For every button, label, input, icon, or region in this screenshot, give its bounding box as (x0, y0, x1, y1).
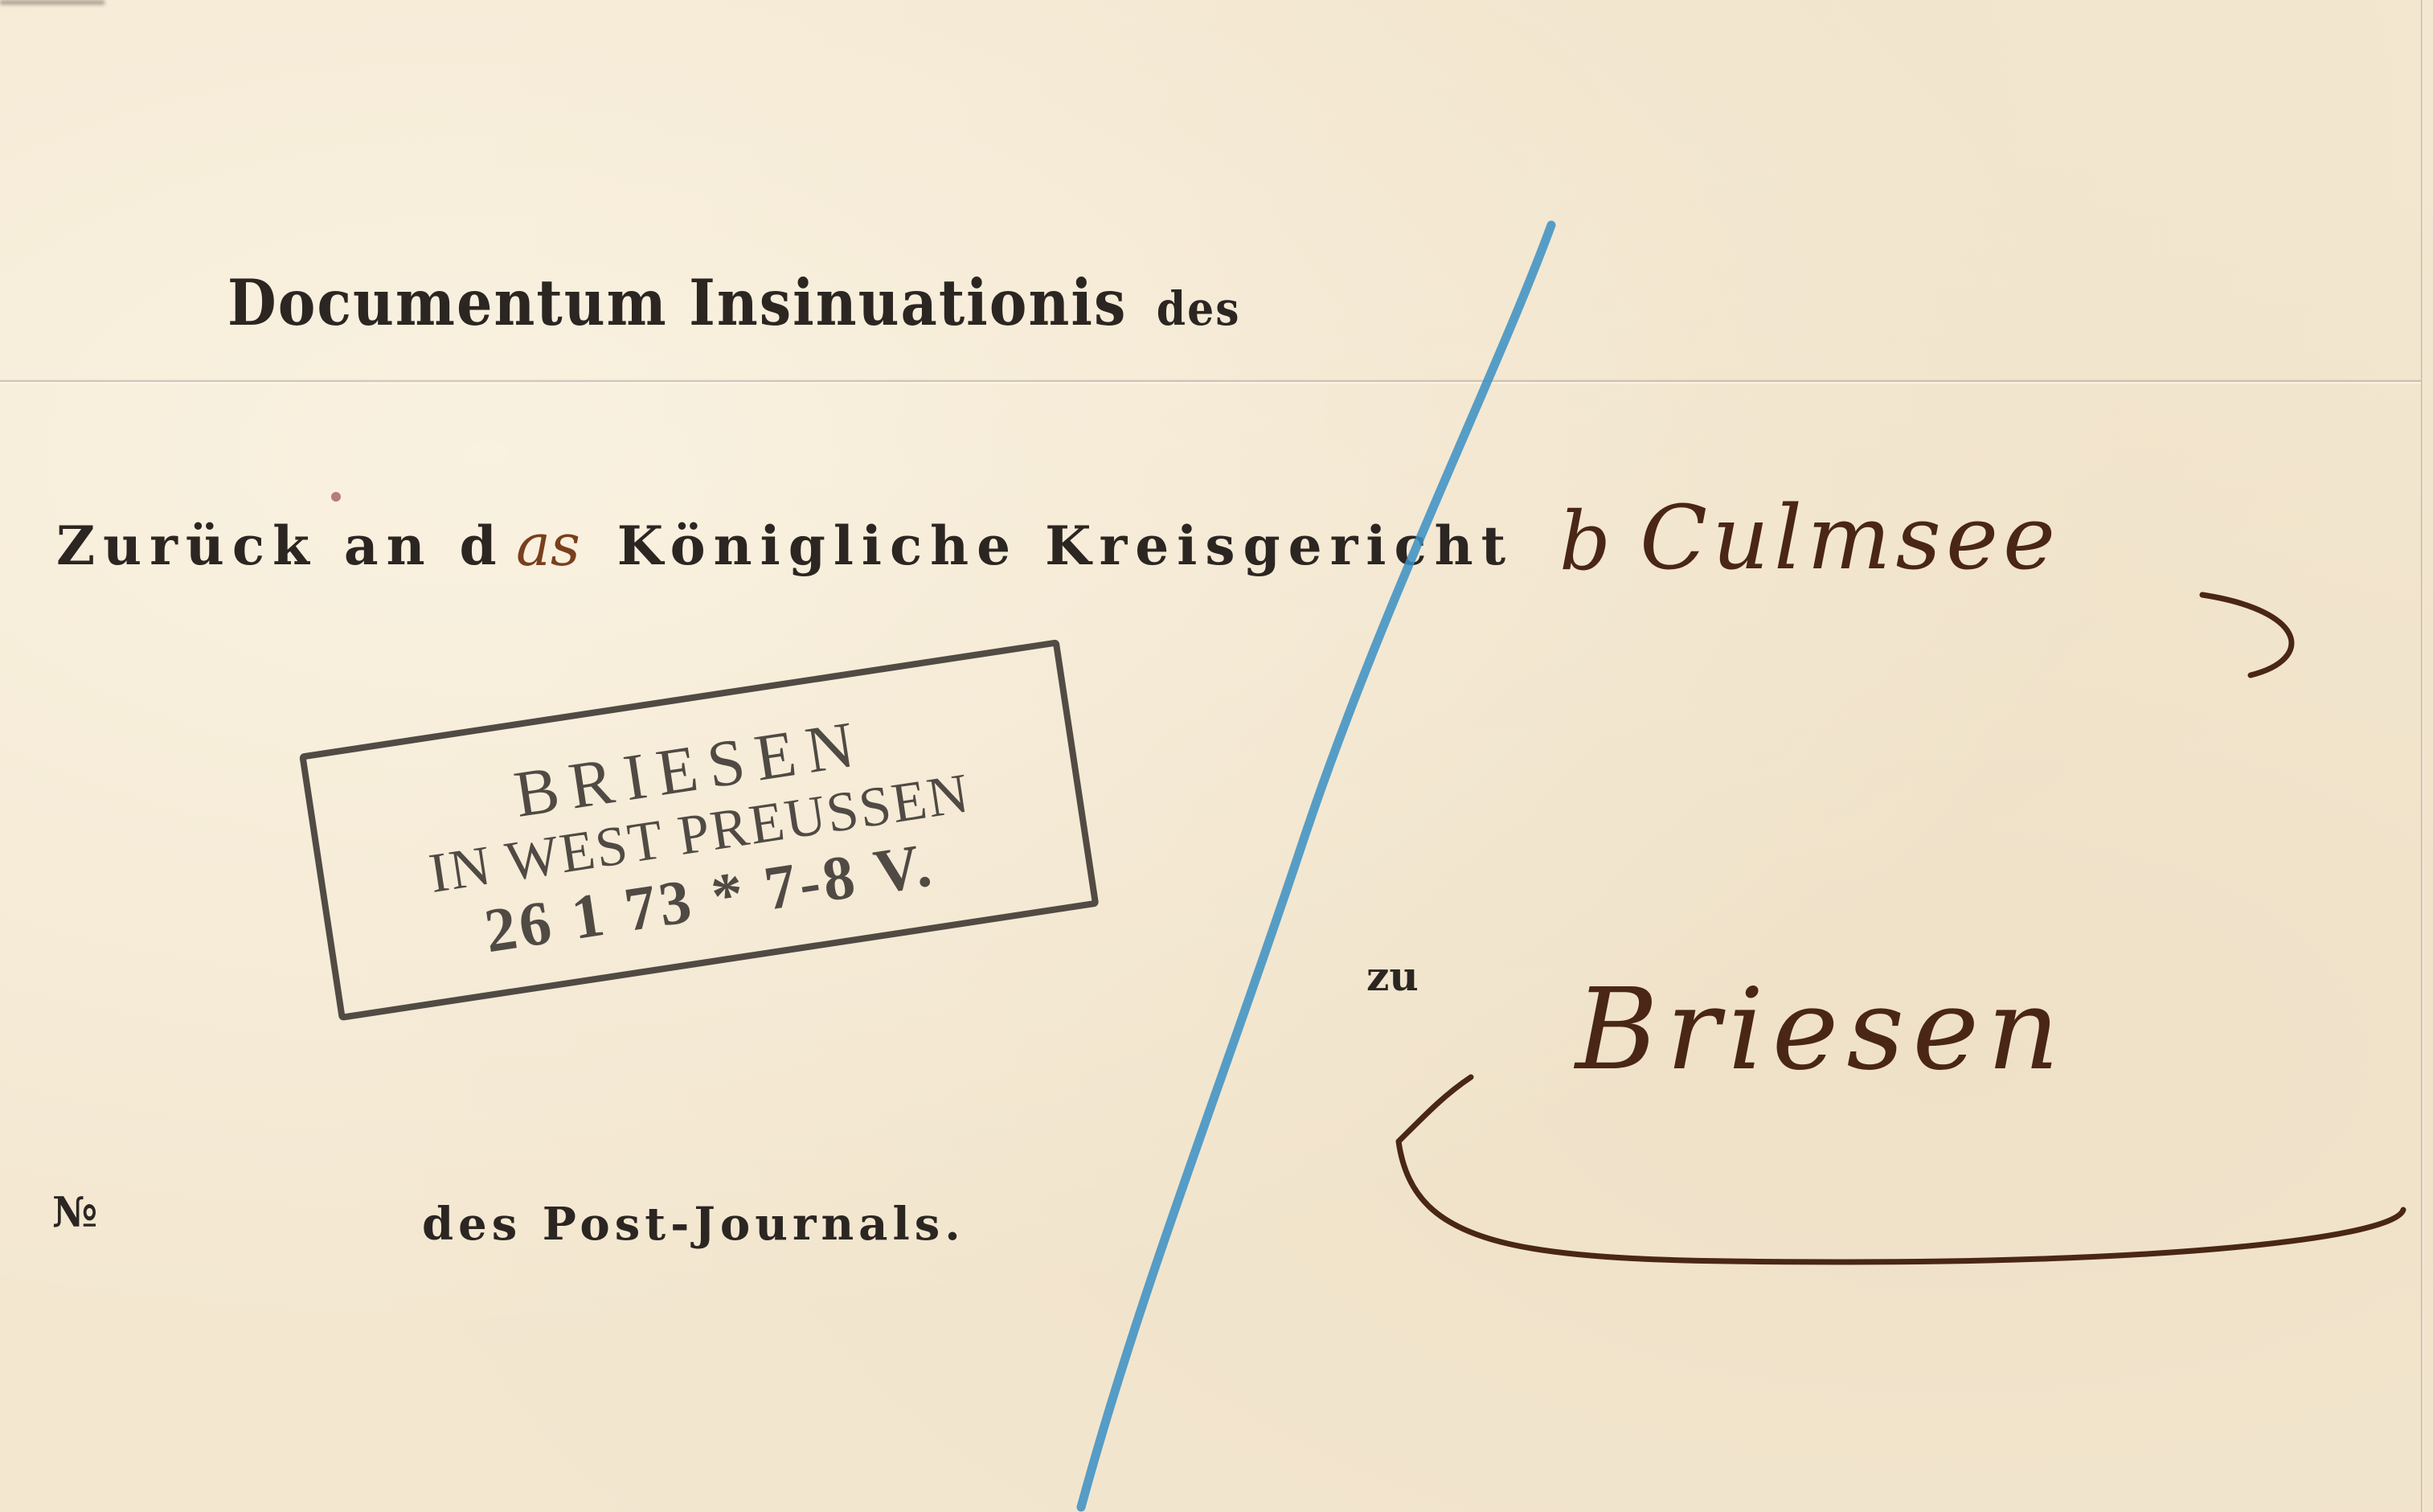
blue-crayon-stroke (1081, 225, 1551, 1507)
handwritten-flourish-top (2202, 595, 2292, 675)
handwritten-underline-swash (1399, 1077, 2403, 1262)
ink-strokes-overlay (0, 0, 2433, 1512)
red-ink-dot (331, 492, 341, 502)
